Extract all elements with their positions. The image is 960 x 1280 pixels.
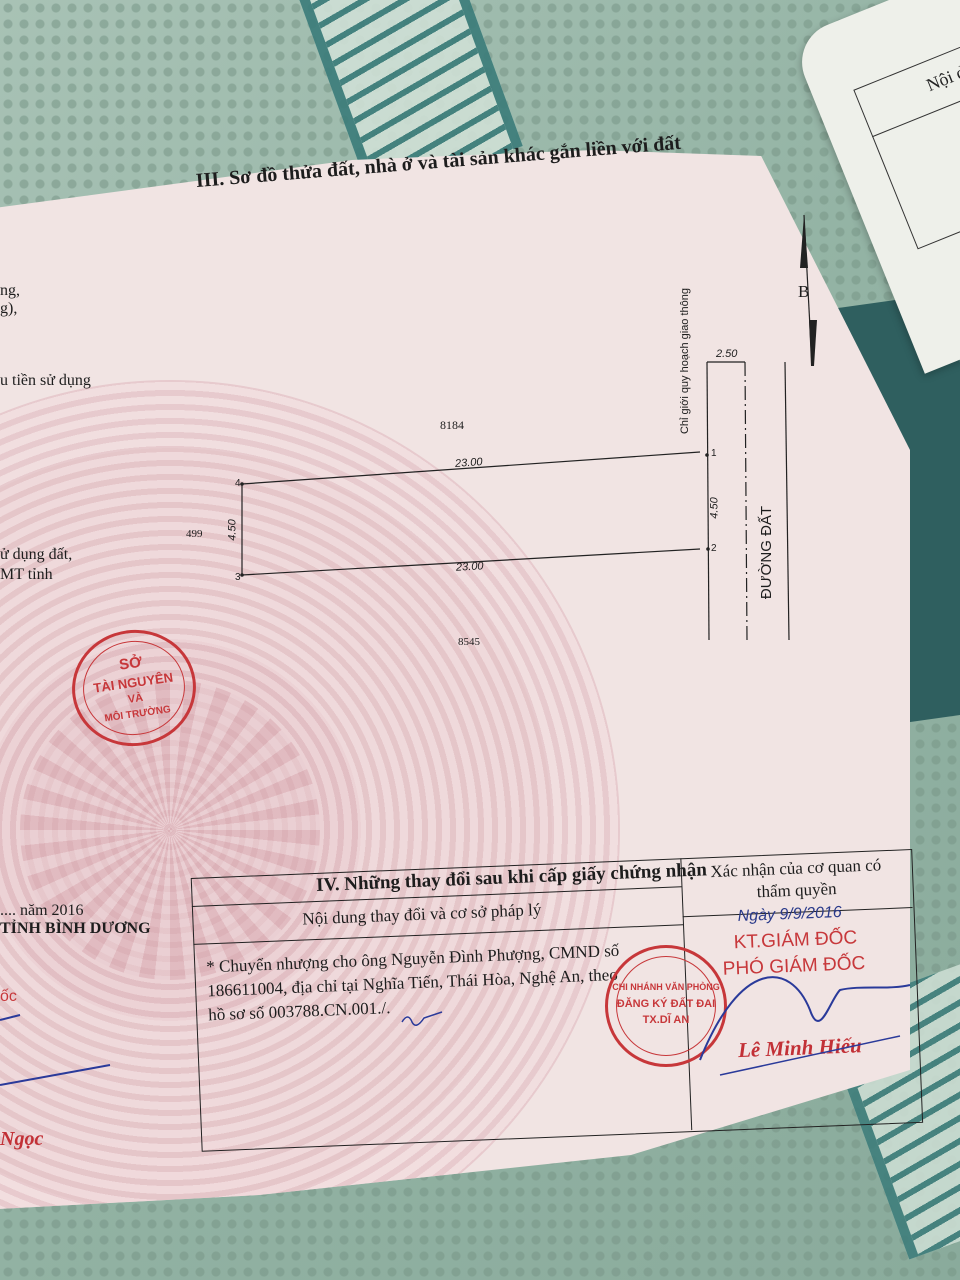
neighbor-parcel-bottom: 8545 (458, 636, 480, 648)
vertex-label: 2 (711, 543, 717, 554)
stamp-line: ĐĂNG KÝ ĐẤT ĐAI (608, 998, 724, 1010)
signer-name: Lê Minh Hiếu (738, 1033, 863, 1063)
left-text-fragment: MT tỉnh (0, 566, 53, 584)
left-signer-name: Ngọc (0, 1128, 43, 1151)
top-edge-length: 23.00 (455, 456, 483, 470)
north-arrow-label: B (798, 282, 809, 302)
neighbor-parcel-top: 8184 (440, 418, 464, 433)
neighbor-parcel-left: 499 (186, 528, 203, 540)
facing-page-table (853, 0, 960, 249)
section-iv-changes-table: IV. Những thay đổi sau khi cấp giấy chứn… (190, 832, 909, 1100)
left-text-fragment: ng, (0, 282, 20, 300)
vertex-label: 4 (235, 478, 241, 489)
director-title-fragment: ốc (0, 988, 17, 1006)
planning-line-label: Chỉ giới quy hoạch giao thông (679, 288, 691, 434)
left-edge-length: 4.50 (227, 519, 239, 540)
stamp-land-registration-office: CHI NHÁNH VĂN PHÒNG ĐĂNG KÝ ĐẤT ĐAI TX.D… (605, 945, 727, 1067)
vertex-label: 3 (235, 572, 241, 583)
issue-date: .... năm 2016 (0, 902, 84, 920)
left-text-fragment: ử dụng đất, (0, 546, 72, 564)
left-text-fragment: u tiền sử dụng (0, 372, 91, 390)
issuing-agency: TỈNH BÌNH DƯƠNG (0, 920, 151, 938)
stamp-line: TX.DĨ AN (608, 1014, 724, 1026)
bottom-edge-length: 23.00 (456, 560, 484, 573)
vertex-label: 1 (711, 448, 717, 459)
setback-length: 2.50 (716, 348, 737, 360)
column-header-confirmation: Xác nhận của cơ quan có thẩm quyền (695, 854, 897, 906)
left-text-fragment: g), (0, 300, 17, 318)
road-label: ĐƯỜNG ĐẤT (758, 506, 775, 599)
stamp-line: CHI NHÁNH VĂN PHÒNG (608, 982, 724, 992)
right-edge-length: 4.50 (709, 497, 721, 518)
